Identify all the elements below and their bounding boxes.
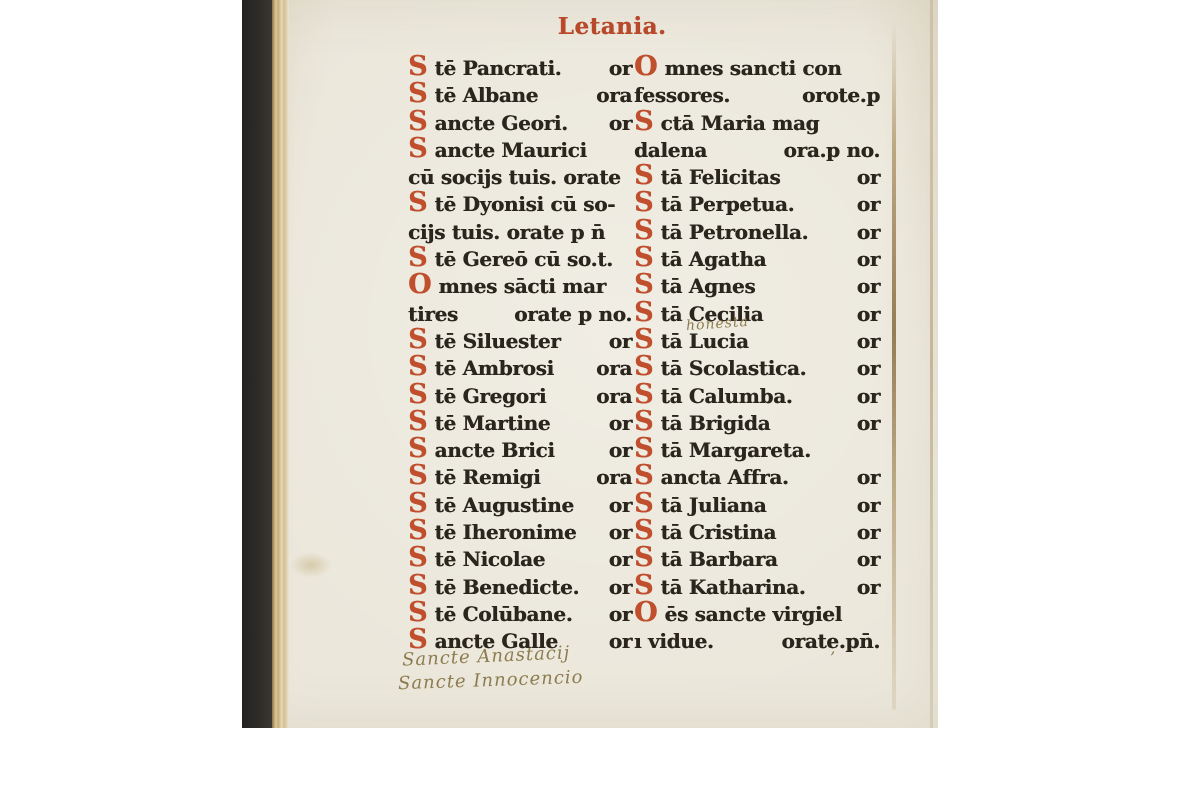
rubric-initial: S	[408, 466, 428, 486]
line-text: tā Cristina	[661, 520, 777, 544]
line-response: or	[857, 247, 880, 271]
line-text: ancta Affra.	[661, 465, 789, 489]
rubric-initial: S	[408, 412, 428, 432]
line-text: tē Albane	[435, 83, 539, 107]
line-text: tā Barbara	[661, 547, 778, 571]
page-title: Letania.	[522, 13, 702, 40]
rubric-initial: S	[634, 494, 654, 514]
line-response: or	[857, 520, 880, 544]
rubric-initial: S	[634, 357, 654, 377]
rubric-initial: S	[408, 630, 428, 650]
line-response: or	[609, 629, 632, 653]
scan-canvas: Letania. Stē Pancrati.orStē AlbaneoraSan…	[0, 0, 1200, 800]
rubric-initial: S	[634, 248, 654, 268]
litany-column-left: Stē Pancrati.orStē AlbaneoraSancte Geori…	[408, 56, 632, 657]
rubric-initial: S	[634, 193, 654, 213]
rubric-initial: S	[634, 275, 654, 295]
rubric-initial: S	[634, 221, 654, 241]
rubric-initial: O	[634, 57, 658, 77]
litany-line: fessores.orote.p	[634, 83, 880, 110]
litany-line: Stē Benedicte.or	[408, 575, 632, 602]
line-response: ora.p no.	[783, 138, 880, 162]
rubric-initial: S	[634, 466, 654, 486]
pen-mark: ’	[830, 648, 835, 667]
line-response: or	[609, 438, 632, 462]
line-text: cū socijs tuis. orate	[408, 165, 621, 189]
rubric-initial: S	[634, 521, 654, 541]
line-text: mnes sācti mar	[439, 274, 606, 298]
line-text: tē Siluester	[435, 329, 561, 353]
rubric-initial: S	[408, 57, 428, 77]
line-text: tē Pancrati.	[435, 56, 562, 80]
line-response: ora	[596, 384, 632, 408]
line-response: or	[609, 56, 632, 80]
rubric-initial: S	[634, 330, 654, 350]
litany-line: Stā Scolastica.or	[634, 356, 880, 383]
litany-line: cū socijs tuis. orate	[408, 165, 632, 192]
line-text: tā Scolastica.	[661, 356, 807, 380]
line-text: tē Gereō cū so.t.	[435, 247, 613, 271]
litany-line: Stā Katharina.or	[634, 575, 880, 602]
rubric-initial: S	[634, 385, 654, 405]
line-response: orate p no.	[514, 302, 632, 326]
line-response: ora	[596, 465, 632, 489]
line-text: tā Agnes	[661, 274, 756, 298]
litany-line: Stā Luciaor	[634, 329, 880, 356]
line-response: or	[609, 493, 632, 517]
page-edge-right	[930, 0, 933, 728]
line-text: fessores.	[634, 83, 730, 107]
line-text: tē Dyonisi cū so-	[435, 192, 616, 216]
litany-line: Sancte Geori.or	[408, 111, 632, 138]
line-text: tē Iheronime	[435, 520, 577, 544]
litany-line: Stē Colūbane.or	[408, 602, 632, 629]
line-text: ı vidue.	[634, 629, 714, 653]
litany-line: Sancta Affra.or	[634, 465, 880, 492]
litany-line: Stā Julianaor	[634, 493, 880, 520]
line-text: tā Petronella.	[661, 220, 809, 244]
line-text: tā Katharina.	[661, 575, 806, 599]
line-response: or	[857, 274, 880, 298]
line-response: or	[609, 547, 632, 571]
litany-line: Stē Siluesteror	[408, 329, 632, 356]
rubric-initial: S	[408, 193, 428, 213]
line-text: tē Gregori	[435, 384, 547, 408]
line-text: dalena	[634, 138, 707, 162]
line-response: or	[857, 547, 880, 571]
rubric-initial: S	[408, 439, 428, 459]
rubric-initial: S	[634, 166, 654, 186]
line-response: or	[857, 465, 880, 489]
line-text: ēs sancte virgiel	[665, 602, 842, 626]
rubric-initial: S	[408, 139, 428, 159]
line-response: or	[857, 192, 880, 216]
line-response: or	[609, 520, 632, 544]
page-edge-left	[272, 0, 289, 728]
line-text: cijs tuis. orate p n̄	[408, 220, 605, 244]
litany-line: ı vidue.orate.pn̄.	[634, 629, 880, 656]
line-response: orote.p	[802, 83, 880, 107]
litany-line: Stē Remigiora	[408, 465, 632, 492]
rubric-initial: S	[634, 439, 654, 459]
stain	[290, 552, 332, 578]
line-response: or	[609, 111, 632, 135]
line-text: ctā Maria mag	[661, 111, 820, 135]
line-response: or	[857, 493, 880, 517]
litany-line: Stē Iheronimeor	[408, 520, 632, 547]
litany-line: Stē Ambrosiora	[408, 356, 632, 383]
rubric-initial: S	[634, 548, 654, 568]
line-text: tē Colūbane.	[435, 602, 573, 626]
rubric-initial: S	[408, 521, 428, 541]
litany-line: Stā Perpetua.or	[634, 192, 880, 219]
line-response: or	[857, 384, 880, 408]
handwritten-note: Sancte Innocencio	[398, 667, 584, 694]
line-text: mnes sancti con	[665, 56, 842, 80]
line-response: or	[857, 411, 880, 435]
rubric-initial: S	[408, 248, 428, 268]
book-spine	[242, 0, 272, 728]
line-text: ancte Maurici	[435, 138, 587, 162]
line-text: tē Nicolae	[435, 547, 546, 571]
rubric-initial: S	[408, 576, 428, 596]
line-text: tires	[408, 302, 458, 326]
litany-line: Sancte Bricior	[408, 438, 632, 465]
rubric-initial: O	[408, 275, 432, 295]
line-text: tā Agatha	[661, 247, 767, 271]
litany-line: Stā Margareta.	[634, 438, 880, 465]
rubric-initial: S	[408, 330, 428, 350]
line-text: tā Brigida	[661, 411, 771, 435]
litany-line: Stā Cristinaor	[634, 520, 880, 547]
line-response: or	[857, 329, 880, 353]
rubric-initial: O	[634, 603, 658, 623]
litany-line: Sancte Maurici	[408, 138, 632, 165]
line-text: tā Calumba.	[661, 384, 793, 408]
litany-line: Stē Gereō cū so.t.	[408, 247, 632, 274]
line-text: tē Remigi	[435, 465, 541, 489]
litany-line: Stā Ceciliaor	[634, 302, 880, 329]
line-text: tē Augustine	[435, 493, 574, 517]
rubric-initial: S	[408, 494, 428, 514]
line-response: ora	[596, 83, 632, 107]
line-text: tā Felicitas	[661, 165, 781, 189]
rubric-initial: S	[634, 112, 654, 132]
litany-line: Stē Augustineor	[408, 493, 632, 520]
manuscript-photo: Letania. Stē Pancrati.orStē AlbaneoraSan…	[242, 0, 938, 728]
rubric-initial: S	[634, 412, 654, 432]
line-response: or	[609, 602, 632, 626]
line-response: or	[857, 575, 880, 599]
line-response: or	[609, 329, 632, 353]
rubric-initial: S	[408, 603, 428, 623]
litany-line: Stē Nicolaeor	[408, 547, 632, 574]
line-text: tē Ambrosi	[435, 356, 554, 380]
line-text: ancte Brici	[435, 438, 555, 462]
rubric-initial: S	[408, 112, 428, 132]
line-text: tā Perpetua.	[661, 192, 795, 216]
line-text: tā Margareta.	[661, 438, 811, 462]
litany-line: Stē Albaneora	[408, 83, 632, 110]
litany-line: Stē Dyonisi cū so-	[408, 192, 632, 219]
litany-line: Stā Brigidaor	[634, 411, 880, 438]
litany-line: Stā Barbaraor	[634, 547, 880, 574]
line-response: ora	[596, 356, 632, 380]
litany-line: Stā Agathaor	[634, 247, 880, 274]
litany-line: Stē Martineor	[408, 411, 632, 438]
litany-line: Omnes sācti mar	[408, 274, 632, 301]
page-crease	[892, 22, 896, 710]
line-text: tā Juliana	[661, 493, 767, 517]
litany-line: Omnes sancti con	[634, 56, 880, 83]
litany-line: Stā Calumba.or	[634, 384, 880, 411]
litany-line: Stē Pancrati.or	[408, 56, 632, 83]
litany-line: Stē Gregoriora	[408, 384, 632, 411]
line-response: or	[857, 220, 880, 244]
litany-line: tiresorate p no.	[408, 302, 632, 329]
litany-line: Sctā Maria mag	[634, 111, 880, 138]
line-response: or	[857, 302, 880, 326]
line-response: or	[857, 356, 880, 380]
line-response: or	[857, 165, 880, 189]
rubric-initial: S	[408, 357, 428, 377]
rubric-initial: S	[408, 84, 428, 104]
litany-line: cijs tuis. orate p n̄	[408, 220, 632, 247]
line-response: or	[609, 575, 632, 599]
litany-line: Stā Agnesor	[634, 274, 880, 301]
rubric-initial: S	[408, 548, 428, 568]
rubric-initial: S	[634, 303, 654, 323]
line-response: or	[609, 411, 632, 435]
line-text: tē Martine	[435, 411, 551, 435]
rubric-initial: S	[408, 385, 428, 405]
litany-column-right: Omnes sancti confessores.orote.pSctā Mar…	[634, 56, 880, 657]
litany-line: Stā Felicitasor	[634, 165, 880, 192]
line-text: ancte Geori.	[435, 111, 568, 135]
litany-line: Stā Petronella.or	[634, 220, 880, 247]
line-text: tē Benedicte.	[435, 575, 580, 599]
rubric-initial: S	[634, 576, 654, 596]
litany-line: dalenaora.p no.	[634, 138, 880, 165]
litany-line: Oēs sancte virgiel	[634, 602, 880, 629]
